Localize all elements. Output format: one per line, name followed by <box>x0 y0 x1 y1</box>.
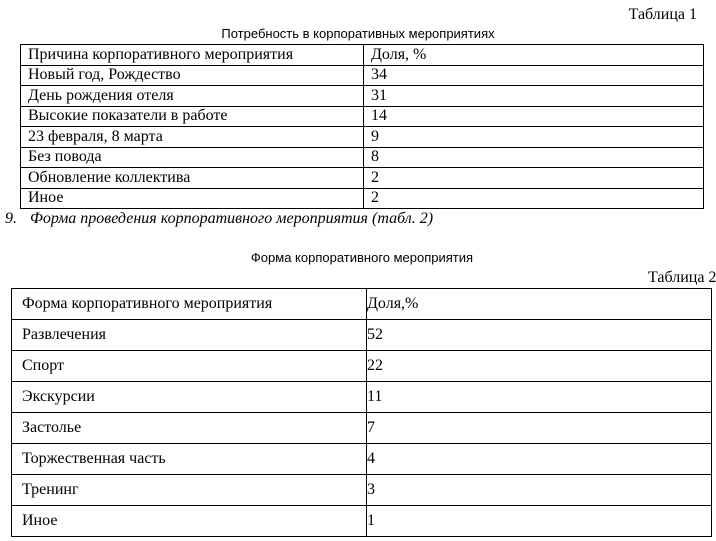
table2-row: Спорт22 <box>12 351 712 382</box>
table2-header-form: Форма корпоративного мероприятия <box>12 289 367 320</box>
table1-cell-category: Высокие показатели в работе <box>21 106 364 127</box>
table2-cell-share: 22 <box>367 351 712 382</box>
table2-label: Таблица 2 <box>648 269 716 287</box>
table1-row: Без повода8 <box>21 147 704 168</box>
table2-row: Торжественная часть4 <box>12 444 712 475</box>
table2-header-row: Форма корпоративного мероприятия Доля,% <box>12 289 712 320</box>
table1-cell-category: Новый год, Рождество <box>21 65 364 86</box>
table2-cell-category: Спорт <box>12 351 367 382</box>
table1-cell-share: 14 <box>364 106 704 127</box>
table2-row: Тренинг3 <box>12 475 712 506</box>
table1-title: Потребность в корпоративных мероприятиях <box>0 26 716 41</box>
table1-cell-category: Иное <box>21 188 364 209</box>
table1-row: Обновление коллектива2 <box>21 168 704 189</box>
table2-header-share: Доля,% <box>367 289 712 320</box>
table2-row: Экскурсии11 <box>12 382 712 413</box>
table2-cell-share: 11 <box>367 382 712 413</box>
table1-row: Новый год, Рождество34 <box>21 65 704 86</box>
table1-header-share: Доля, % <box>364 45 704 66</box>
table1-header-reason: Причина корпоративного мероприятия <box>21 45 364 66</box>
table2-cell-share: 7 <box>367 413 712 444</box>
table2-cell-category: Экскурсии <box>12 382 367 413</box>
table1-cell-share: 8 <box>364 147 704 168</box>
table1-row: 23 февраля, 8 марта9 <box>21 127 704 148</box>
table1-row: Иное2 <box>21 188 704 209</box>
table1-label: Таблица 1 <box>629 6 697 24</box>
table2-title: Форма корпоративного мероприятия <box>0 250 716 265</box>
table2-cell-category: Развлечения <box>12 320 367 351</box>
table1-row: День рождения отеля31 <box>21 86 704 107</box>
section-heading: 9.Форма проведения корпоративного меропр… <box>5 210 433 228</box>
section-text: Форма проведения корпоративного мероприя… <box>30 210 433 227</box>
table1-cell-share: 34 <box>364 65 704 86</box>
table2-cell-category: Застолье <box>12 413 367 444</box>
table2-row: Развлечения52 <box>12 320 712 351</box>
table1-cell-category: 23 февраля, 8 марта <box>21 127 364 148</box>
table2-cell-share: 1 <box>367 506 712 537</box>
table1-row: Высокие показатели в работе14 <box>21 106 704 127</box>
table2-cell-category: Торжественная часть <box>12 444 367 475</box>
table2-cell-share: 3 <box>367 475 712 506</box>
table2: Форма корпоративного мероприятия Доля,% … <box>11 288 712 537</box>
table2-row: Застолье7 <box>12 413 712 444</box>
table2-cell-share: 4 <box>367 444 712 475</box>
table1-cell-category: Без повода <box>21 147 364 168</box>
table2-cell-category: Иное <box>12 506 367 537</box>
table2-cell-share: 52 <box>367 320 712 351</box>
table1-cell-share: 31 <box>364 86 704 107</box>
table2-cell-category: Тренинг <box>12 475 367 506</box>
table1-cell-share: 9 <box>364 127 704 148</box>
table1-cell-share: 2 <box>364 168 704 189</box>
table1-cell-category: Обновление коллектива <box>21 168 364 189</box>
table1-header-row: Причина корпоративного мероприятия Доля,… <box>21 45 704 66</box>
table1-cell-share: 2 <box>364 188 704 209</box>
section-number: 9. <box>5 210 30 228</box>
table2-row: Иное1 <box>12 506 712 537</box>
table1-cell-category: День рождения отеля <box>21 86 364 107</box>
table1: Причина корпоративного мероприятия Доля,… <box>20 44 704 209</box>
